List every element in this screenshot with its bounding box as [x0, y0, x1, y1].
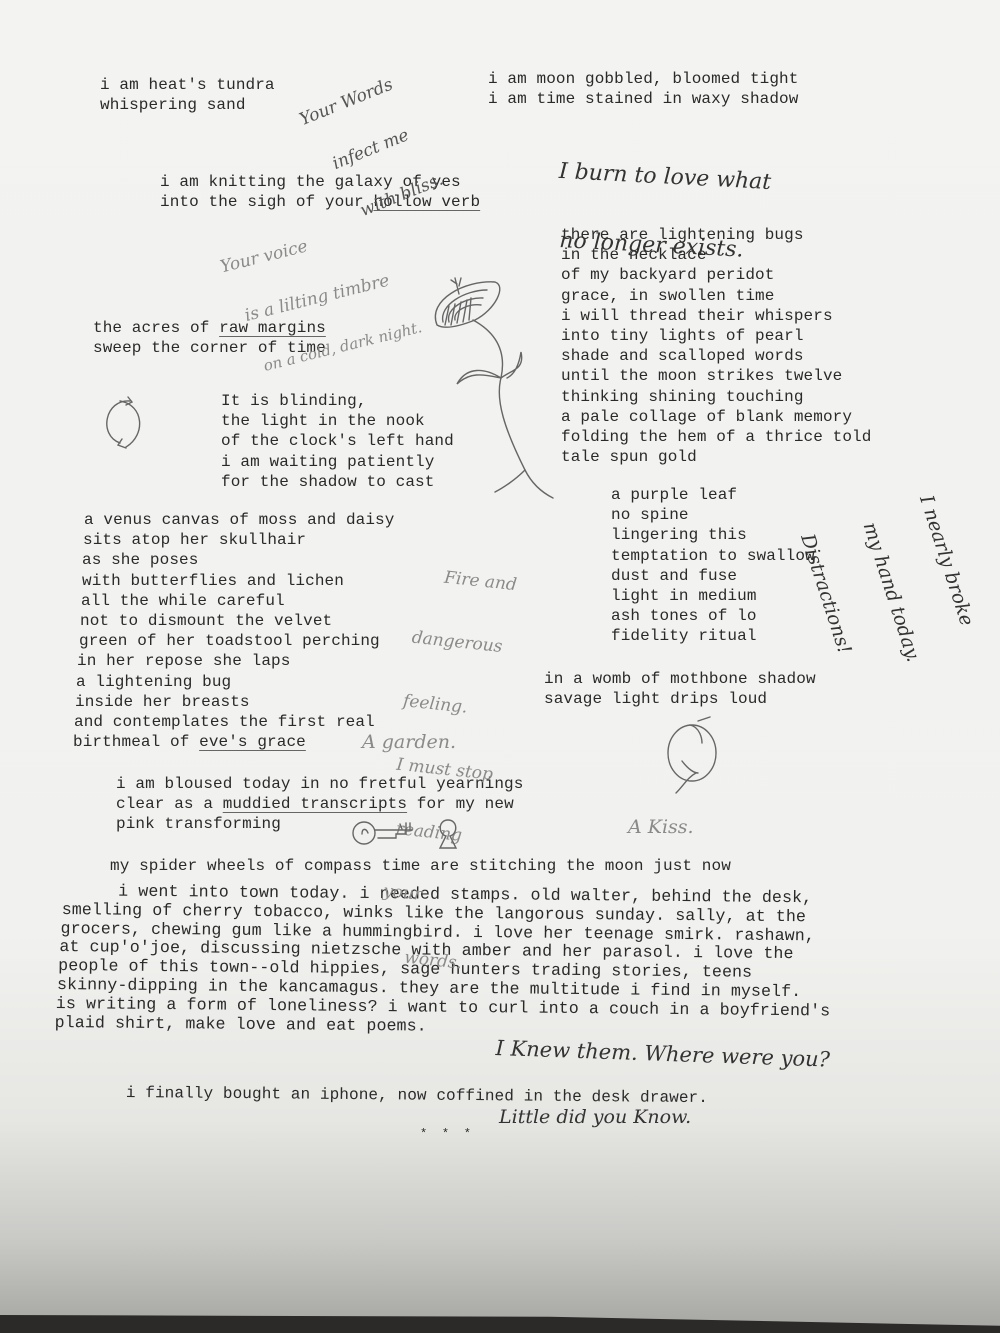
underlined-phrase: muddied transcripts	[223, 795, 407, 813]
note-line: no longer exists.	[559, 230, 768, 264]
typed-line: in her repose she laps	[77, 651, 394, 671]
stanza-mothbone: in a womb of mothbone shadow savage ligh…	[544, 669, 816, 709]
ellipsis-asterisks: * * *	[420, 1124, 471, 1144]
typed-line: i am heat's tundra	[100, 75, 275, 95]
typed-line: thinking shining touching	[561, 387, 871, 407]
typed-line: no spine	[611, 505, 815, 525]
note-line: Your Words	[297, 72, 405, 130]
typed-line: with butterflies and lichen	[82, 571, 394, 591]
typed-line: i will thread their whispers	[561, 306, 871, 326]
note-line: your	[382, 881, 484, 913]
typed-text: birthmeal of	[73, 733, 199, 751]
typed-line: a lightening bug	[76, 672, 394, 692]
typed-line: grace, in swollen time	[561, 286, 871, 306]
typed-line: whispering sand	[100, 95, 275, 115]
note-line: Distractions!	[796, 532, 863, 685]
line-iphone: i finally bought an iphone, now coffined…	[126, 1083, 708, 1108]
typed-line: in a womb of mothbone shadow	[544, 669, 816, 689]
note-a-garden: A garden.	[362, 733, 456, 753]
typed-line: inside her breasts	[75, 692, 394, 712]
note-line: Your voice	[219, 216, 399, 277]
typed-line: i am time stained in waxy shadow	[488, 89, 798, 109]
typed-line: all the while careful	[81, 591, 394, 611]
typed-line: not to dismount the velvet	[80, 611, 394, 631]
typed-line: as she poses	[82, 550, 394, 570]
typed-line: i finally bought an iphone, now coffined…	[126, 1083, 708, 1108]
note-line: I nearly broke	[915, 493, 982, 646]
typed-line: birthmeal of eve's grace	[73, 732, 394, 752]
flower-sketch	[415, 270, 555, 505]
desk-edge	[0, 1315, 1000, 1333]
note-burn-to-love: I burn to love what no longer exists.	[554, 114, 775, 287]
note-line: dangerous	[411, 628, 511, 659]
typed-line: ash tones of lo	[611, 606, 815, 626]
typed-line: folding the hem of a thrice told	[561, 427, 871, 447]
note-line: I burn to love what	[558, 160, 771, 194]
typed-line: savage light drips loud	[544, 689, 816, 709]
note-little-did: Little did you Know.	[499, 1108, 691, 1128]
stanza-moon-gobbled: i am moon gobbled, bloomed tight i am ti…	[488, 69, 798, 109]
stanza-heat-tundra: i am heat's tundra whispering sand	[100, 75, 275, 115]
key-keyhole-sketch	[350, 816, 470, 850]
typed-line: i am moon gobbled, bloomed tight	[488, 69, 798, 89]
typed-line: a pale collage of blank memory	[561, 407, 871, 427]
typed-line: light in medium	[611, 586, 815, 606]
typed-line: * * *	[420, 1124, 471, 1144]
note-line: infect me	[330, 122, 425, 174]
typed-line: and contemplates the first real	[74, 712, 394, 732]
note-knew-them: I Knew them. Where were you?	[495, 1037, 830, 1071]
typed-text: the acres of	[93, 319, 219, 337]
note-a-kiss: A Kiss.	[628, 818, 694, 838]
circular-arrows-icon	[100, 395, 150, 455]
peach-kiss-sketch	[662, 717, 732, 797]
note-line: feeling.	[402, 691, 504, 723]
typed-line: sits atop her skullhair	[83, 530, 394, 550]
note-line: words.	[403, 948, 478, 977]
typed-line: until the moon strikes twelve	[561, 366, 871, 386]
stanza-venus: a venus canvas of moss and daisy sits at…	[80, 510, 394, 752]
typed-line: green of her toadstool perching	[79, 631, 394, 651]
typed-line: into tiny lights of pearl	[561, 326, 871, 346]
note-line: is a lilting timbre	[243, 268, 411, 326]
note-line: on a cold, dark night.	[262, 320, 424, 375]
typed-line: fidelity ritual	[611, 626, 815, 646]
note-line: my hand today.	[858, 520, 923, 665]
typed-line: tale spun gold	[561, 447, 871, 467]
typed-line: a purple leaf	[611, 485, 815, 505]
note-line: Fire and	[443, 567, 518, 596]
note-line: I must stop	[395, 754, 497, 786]
typed-line: a venus canvas of moss and daisy	[84, 510, 394, 530]
typed-text: clear as a	[116, 795, 223, 813]
typed-line: shade and scalloped words	[561, 346, 871, 366]
underlined-phrase: eve's grace	[199, 733, 306, 751]
